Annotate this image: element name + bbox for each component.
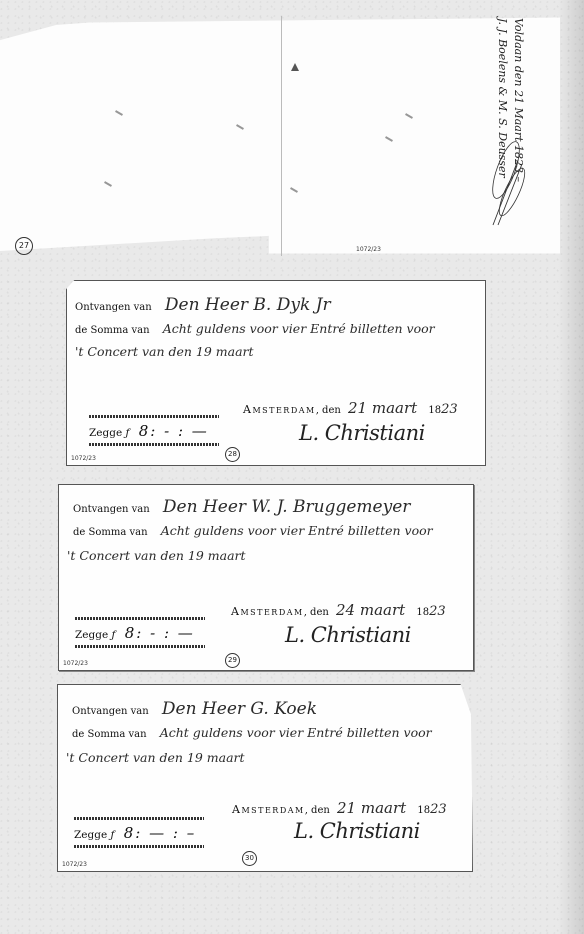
date-value: 21 maart — [337, 799, 406, 817]
sum-value: Acht guldens voor vier Entré billetten v… — [161, 523, 433, 538]
city: Amsterdam — [231, 605, 304, 618]
sum-row: de Somma van Acht guldens voor vier Entr… — [72, 725, 432, 740]
receipt-3: Ontvangen van Den Heer G. Koek de Somma … — [57, 684, 473, 872]
catalog-ref: 1072/23 — [62, 861, 87, 868]
amount-value: 8: — : – — [124, 824, 196, 842]
decorative-rule — [74, 845, 204, 848]
received-from-value: Den Heer B. Dyk Jr — [165, 295, 331, 315]
zegge-label: Zegge — [75, 629, 108, 641]
zegge-row: Zegge ƒ 8: — : – — [74, 820, 204, 845]
catalog-ref: 1072/23 — [71, 455, 96, 462]
page-number: 30 — [242, 851, 257, 866]
received-from-value: Den Heer W. J. Bruggemeyer — [163, 497, 411, 517]
zegge-box: Zegge ƒ 8: — : – — [74, 817, 204, 848]
signature-flourish-icon — [488, 130, 534, 230]
year-suffix: 23 — [441, 402, 458, 417]
received-from-row: Ontvangen van Den Heer B. Dyk Jr — [75, 295, 331, 315]
sum-row-2: 't Concert van den 19 maart — [75, 341, 254, 360]
place-date-row: Amsterdam, den 24 maart 1823 — [231, 601, 446, 619]
signature: L. Christiani — [294, 819, 420, 843]
sum-row-2: 't Concert van den 19 maart — [67, 545, 246, 564]
place-date-row: Amsterdam, den 21 maart 1823 — [232, 799, 447, 817]
date-prefix: , den — [305, 805, 330, 816]
receipt-2: Ontvangen van Den Heer W. J. Bruggemeyer… — [58, 484, 474, 671]
received-from-row: Ontvangen van Den Heer G. Koek — [72, 699, 317, 719]
signature: L. Christiani — [299, 421, 425, 445]
page-number: 28 — [225, 447, 240, 462]
year-suffix: 23 — [429, 604, 446, 619]
signature: L. Christiani — [285, 623, 411, 647]
decorative-rule — [75, 645, 205, 648]
letter-sheet — [0, 10, 560, 261]
amount-value: 8: - : — — [125, 624, 195, 642]
sum-value: Acht guldens voor vier Entré billetten v… — [163, 321, 435, 336]
year-suffix: 23 — [430, 802, 447, 817]
sum-label: de Somma van — [73, 527, 148, 538]
zegge-row: Zegge ƒ 8: - : — — [75, 620, 205, 645]
sum-value-line-2: 't Concert van den 19 maart — [67, 548, 246, 563]
amount-value: 8: - : — — [139, 422, 209, 440]
zegge-label: Zegge — [89, 427, 122, 439]
decorative-rule — [89, 443, 219, 446]
zegge-row: Zegge ƒ 8: - : — — [89, 418, 219, 443]
wax-seal-fragment — [291, 63, 299, 71]
sum-row: de Somma van Acht guldens voor vier Entr… — [73, 523, 433, 538]
year-prefix: 18 — [428, 405, 441, 416]
date-value: 21 maart — [348, 399, 417, 417]
sum-row-2: 't Concert van den 19 maart — [66, 747, 245, 766]
letter-page-number: 27 — [15, 237, 33, 255]
date-prefix: , den — [316, 405, 341, 416]
place-date-row: Amsterdam, den 21 maart 1823 — [243, 399, 458, 417]
date-prefix: , den — [304, 607, 329, 618]
sum-label: de Somma van — [72, 729, 147, 740]
city: Amsterdam — [232, 803, 305, 816]
receipt-1: Ontvangen van Den Heer B. Dyk Jr de Somm… — [66, 280, 486, 466]
sum-value-line-2: 't Concert van den 19 maart — [66, 750, 245, 765]
scan-edge-shadow — [558, 0, 584, 934]
year-prefix: 18 — [416, 607, 429, 618]
zegge-box: Zegge ƒ 8: - : — — [89, 415, 219, 446]
catalog-ref: 1072/23 — [63, 660, 88, 667]
sum-value-line-2: 't Concert van den 19 maart — [75, 344, 254, 359]
florin-sign: ƒ — [111, 829, 115, 841]
letter-fold-line — [281, 16, 282, 256]
year-prefix: 18 — [417, 805, 430, 816]
letter-catalog-ref: 1072/23 — [356, 246, 381, 253]
zegge-label: Zegge — [74, 829, 107, 841]
date-value: 24 maart — [336, 601, 405, 619]
sum-label: de Somma van — [75, 325, 150, 336]
city: Amsterdam — [243, 403, 316, 416]
florin-sign: ƒ — [126, 427, 130, 439]
sum-row: de Somma van Acht guldens voor vier Entr… — [75, 321, 435, 336]
florin-sign: ƒ — [112, 629, 116, 641]
zegge-box: Zegge ƒ 8: - : — — [75, 617, 205, 648]
page-number: 29 — [225, 653, 240, 668]
received-from-row: Ontvangen van Den Heer W. J. Bruggemeyer — [73, 497, 410, 517]
sum-value: Acht guldens voor vier Entré billetten v… — [160, 725, 432, 740]
received-from-label: Ontvangen van — [75, 302, 152, 313]
received-from-label: Ontvangen van — [73, 504, 150, 515]
received-from-value: Den Heer G. Koek — [162, 699, 317, 719]
received-from-label: Ontvangen van — [72, 706, 149, 717]
